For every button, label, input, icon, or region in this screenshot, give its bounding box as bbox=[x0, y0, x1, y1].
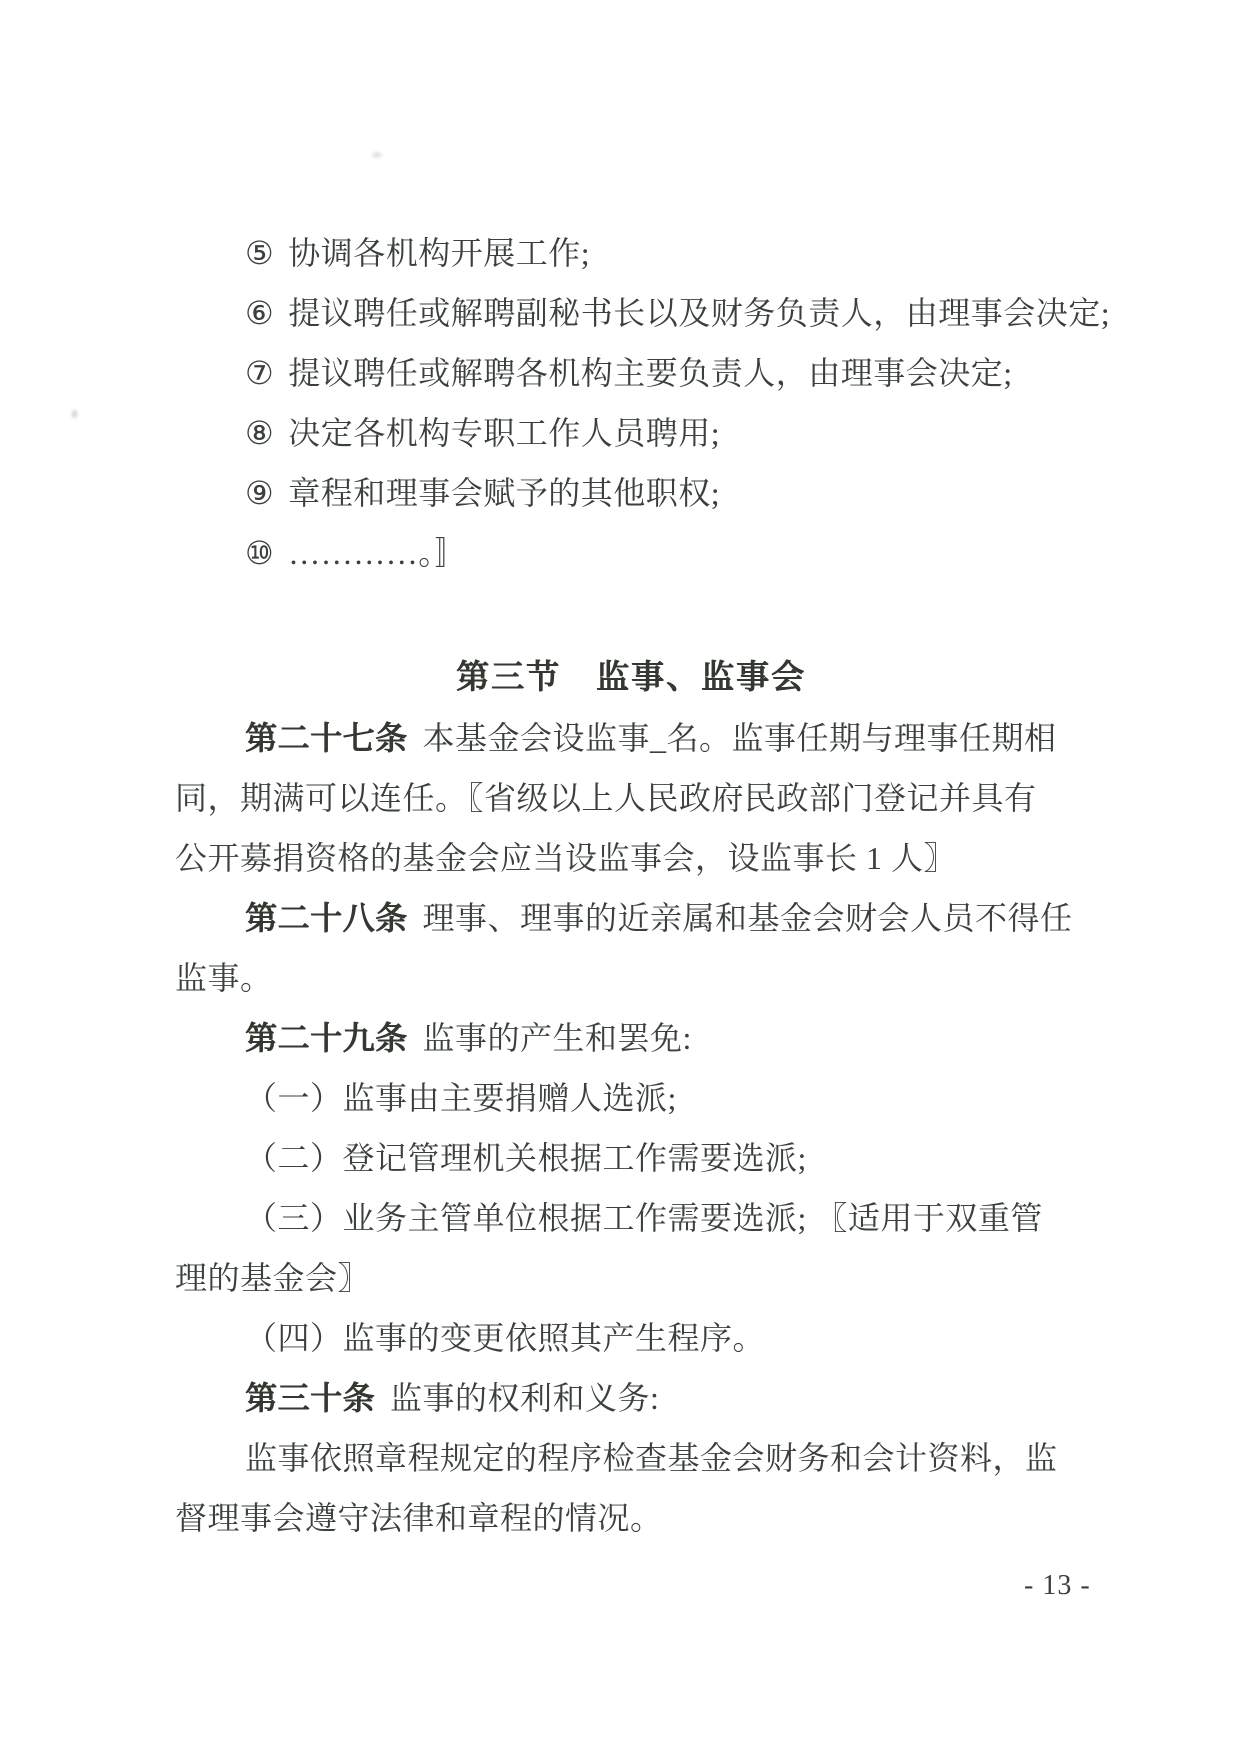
line-text: 理事、理事的近亲属和基金会财会人员不得任 bbox=[423, 900, 1073, 936]
line-text: 监事的产生和罢免: bbox=[423, 1020, 692, 1056]
article-number: 第二十七条 bbox=[245, 720, 408, 756]
numbered-item: ⑨章程和理事会赋予的其他职权; bbox=[175, 463, 1087, 523]
body-line: 同，期满可以连任。〖省级以上人民政府民政部门登记并具有 bbox=[175, 768, 1087, 828]
section-heading: 第三节 监事、监事会 bbox=[175, 648, 1087, 708]
item-marker: ⑦ bbox=[245, 343, 274, 403]
body-line: 第二十七条本基金会设监事_名。监事任期与理事任期相 bbox=[175, 708, 1087, 768]
line-text: 理的基金会〗 bbox=[175, 1260, 370, 1296]
body-line: （四）监事的变更依照其产生程序。 bbox=[175, 1308, 1087, 1368]
line-text: （一）监事由主要捐赠人选派; bbox=[245, 1080, 677, 1116]
article-number: 第二十八条 bbox=[245, 900, 408, 936]
line-text: （二）登记管理机关根据工作需要选派; bbox=[245, 1140, 807, 1176]
body-line: （三）业务主管单位根据工作需要选派; 〖适用于双重管 bbox=[175, 1188, 1087, 1248]
line-text: （三）业务主管单位根据工作需要选派; 〖适用于双重管 bbox=[245, 1200, 1043, 1236]
article-number: 第二十九条 bbox=[245, 1020, 408, 1056]
item-text: …………。〛 bbox=[288, 535, 467, 571]
item-text: 提议聘任或解聘各机构主要负责人，由理事会决定; bbox=[288, 355, 1012, 391]
body-line: 第三十条监事的权利和义务: bbox=[175, 1368, 1087, 1428]
numbered-item: ⑩…………。〛 bbox=[175, 523, 1087, 583]
body-line: 督理事会遵守法律和章程的情况。 bbox=[175, 1488, 1087, 1548]
line-text: 公开募捐资格的基金会应当设监事会，设监事长 1 人〗 bbox=[175, 840, 956, 876]
item-marker: ⑩ bbox=[245, 523, 274, 583]
body-line: （一）监事由主要捐赠人选派; bbox=[175, 1068, 1087, 1128]
line-text: （四）监事的变更依照其产生程序。 bbox=[245, 1320, 765, 1356]
line-text: 同，期满可以连任。〖省级以上人民政府民政部门登记并具有 bbox=[175, 780, 1037, 816]
item-text: 决定各机构专职工作人员聘用; bbox=[288, 415, 720, 451]
article-number: 第三十条 bbox=[245, 1380, 375, 1416]
page-number: - 13 - bbox=[1024, 1566, 1091, 1606]
item-text: 章程和理事会赋予的其他职权; bbox=[288, 475, 720, 511]
numbered-item: ⑤协调各机构开展工作; bbox=[175, 223, 1087, 283]
body-line: 监事依照章程规定的程序检查基金会财务和会计资料，监 bbox=[175, 1428, 1087, 1488]
line-text: 监事。 bbox=[175, 960, 273, 996]
numbered-item: ⑦提议聘任或解聘各机构主要负责人，由理事会决定; bbox=[175, 343, 1087, 403]
body-line: 理的基金会〗 bbox=[175, 1248, 1087, 1308]
body-line: 监事。 bbox=[175, 948, 1087, 1008]
body-line: （二）登记管理机关根据工作需要选派; bbox=[175, 1128, 1087, 1188]
body-line: 第二十八条理事、理事的近亲属和基金会财会人员不得任 bbox=[175, 888, 1087, 948]
line-text: 监事的权利和义务: bbox=[390, 1380, 659, 1416]
numbered-item: ⑥提议聘任或解聘副秘书长以及财务负责人，由理事会决定; bbox=[175, 283, 1087, 343]
page-content: ⑤协调各机构开展工作; ⑥提议聘任或解聘副秘书长以及财务负责人，由理事会决定; … bbox=[175, 223, 1087, 1548]
line-text: 监事依照章程规定的程序检查基金会财务和会计资料，监 bbox=[245, 1440, 1058, 1476]
body-line: 公开募捐资格的基金会应当设监事会，设监事长 1 人〗 bbox=[175, 828, 1087, 888]
item-marker: ⑥ bbox=[245, 283, 274, 343]
item-text: 协调各机构开展工作; bbox=[288, 235, 590, 271]
document-page: ⑤协调各机构开展工作; ⑥提议聘任或解聘副秘书长以及财务负责人，由理事会决定; … bbox=[0, 0, 1241, 1755]
scan-artifact bbox=[72, 410, 77, 418]
item-marker: ⑧ bbox=[245, 403, 274, 463]
line-text: 督理事会遵守法律和章程的情况。 bbox=[175, 1500, 663, 1536]
numbered-item: ⑧决定各机构专职工作人员聘用; bbox=[175, 403, 1087, 463]
item-marker: ⑤ bbox=[245, 223, 274, 283]
item-text: 提议聘任或解聘副秘书长以及财务负责人，由理事会决定; bbox=[288, 295, 1110, 331]
item-marker: ⑨ bbox=[245, 463, 274, 523]
scan-artifact bbox=[372, 152, 382, 158]
body-line: 第二十九条监事的产生和罢免: bbox=[175, 1008, 1087, 1068]
line-text: 本基金会设监事_名。监事任期与理事任期相 bbox=[423, 720, 1057, 756]
